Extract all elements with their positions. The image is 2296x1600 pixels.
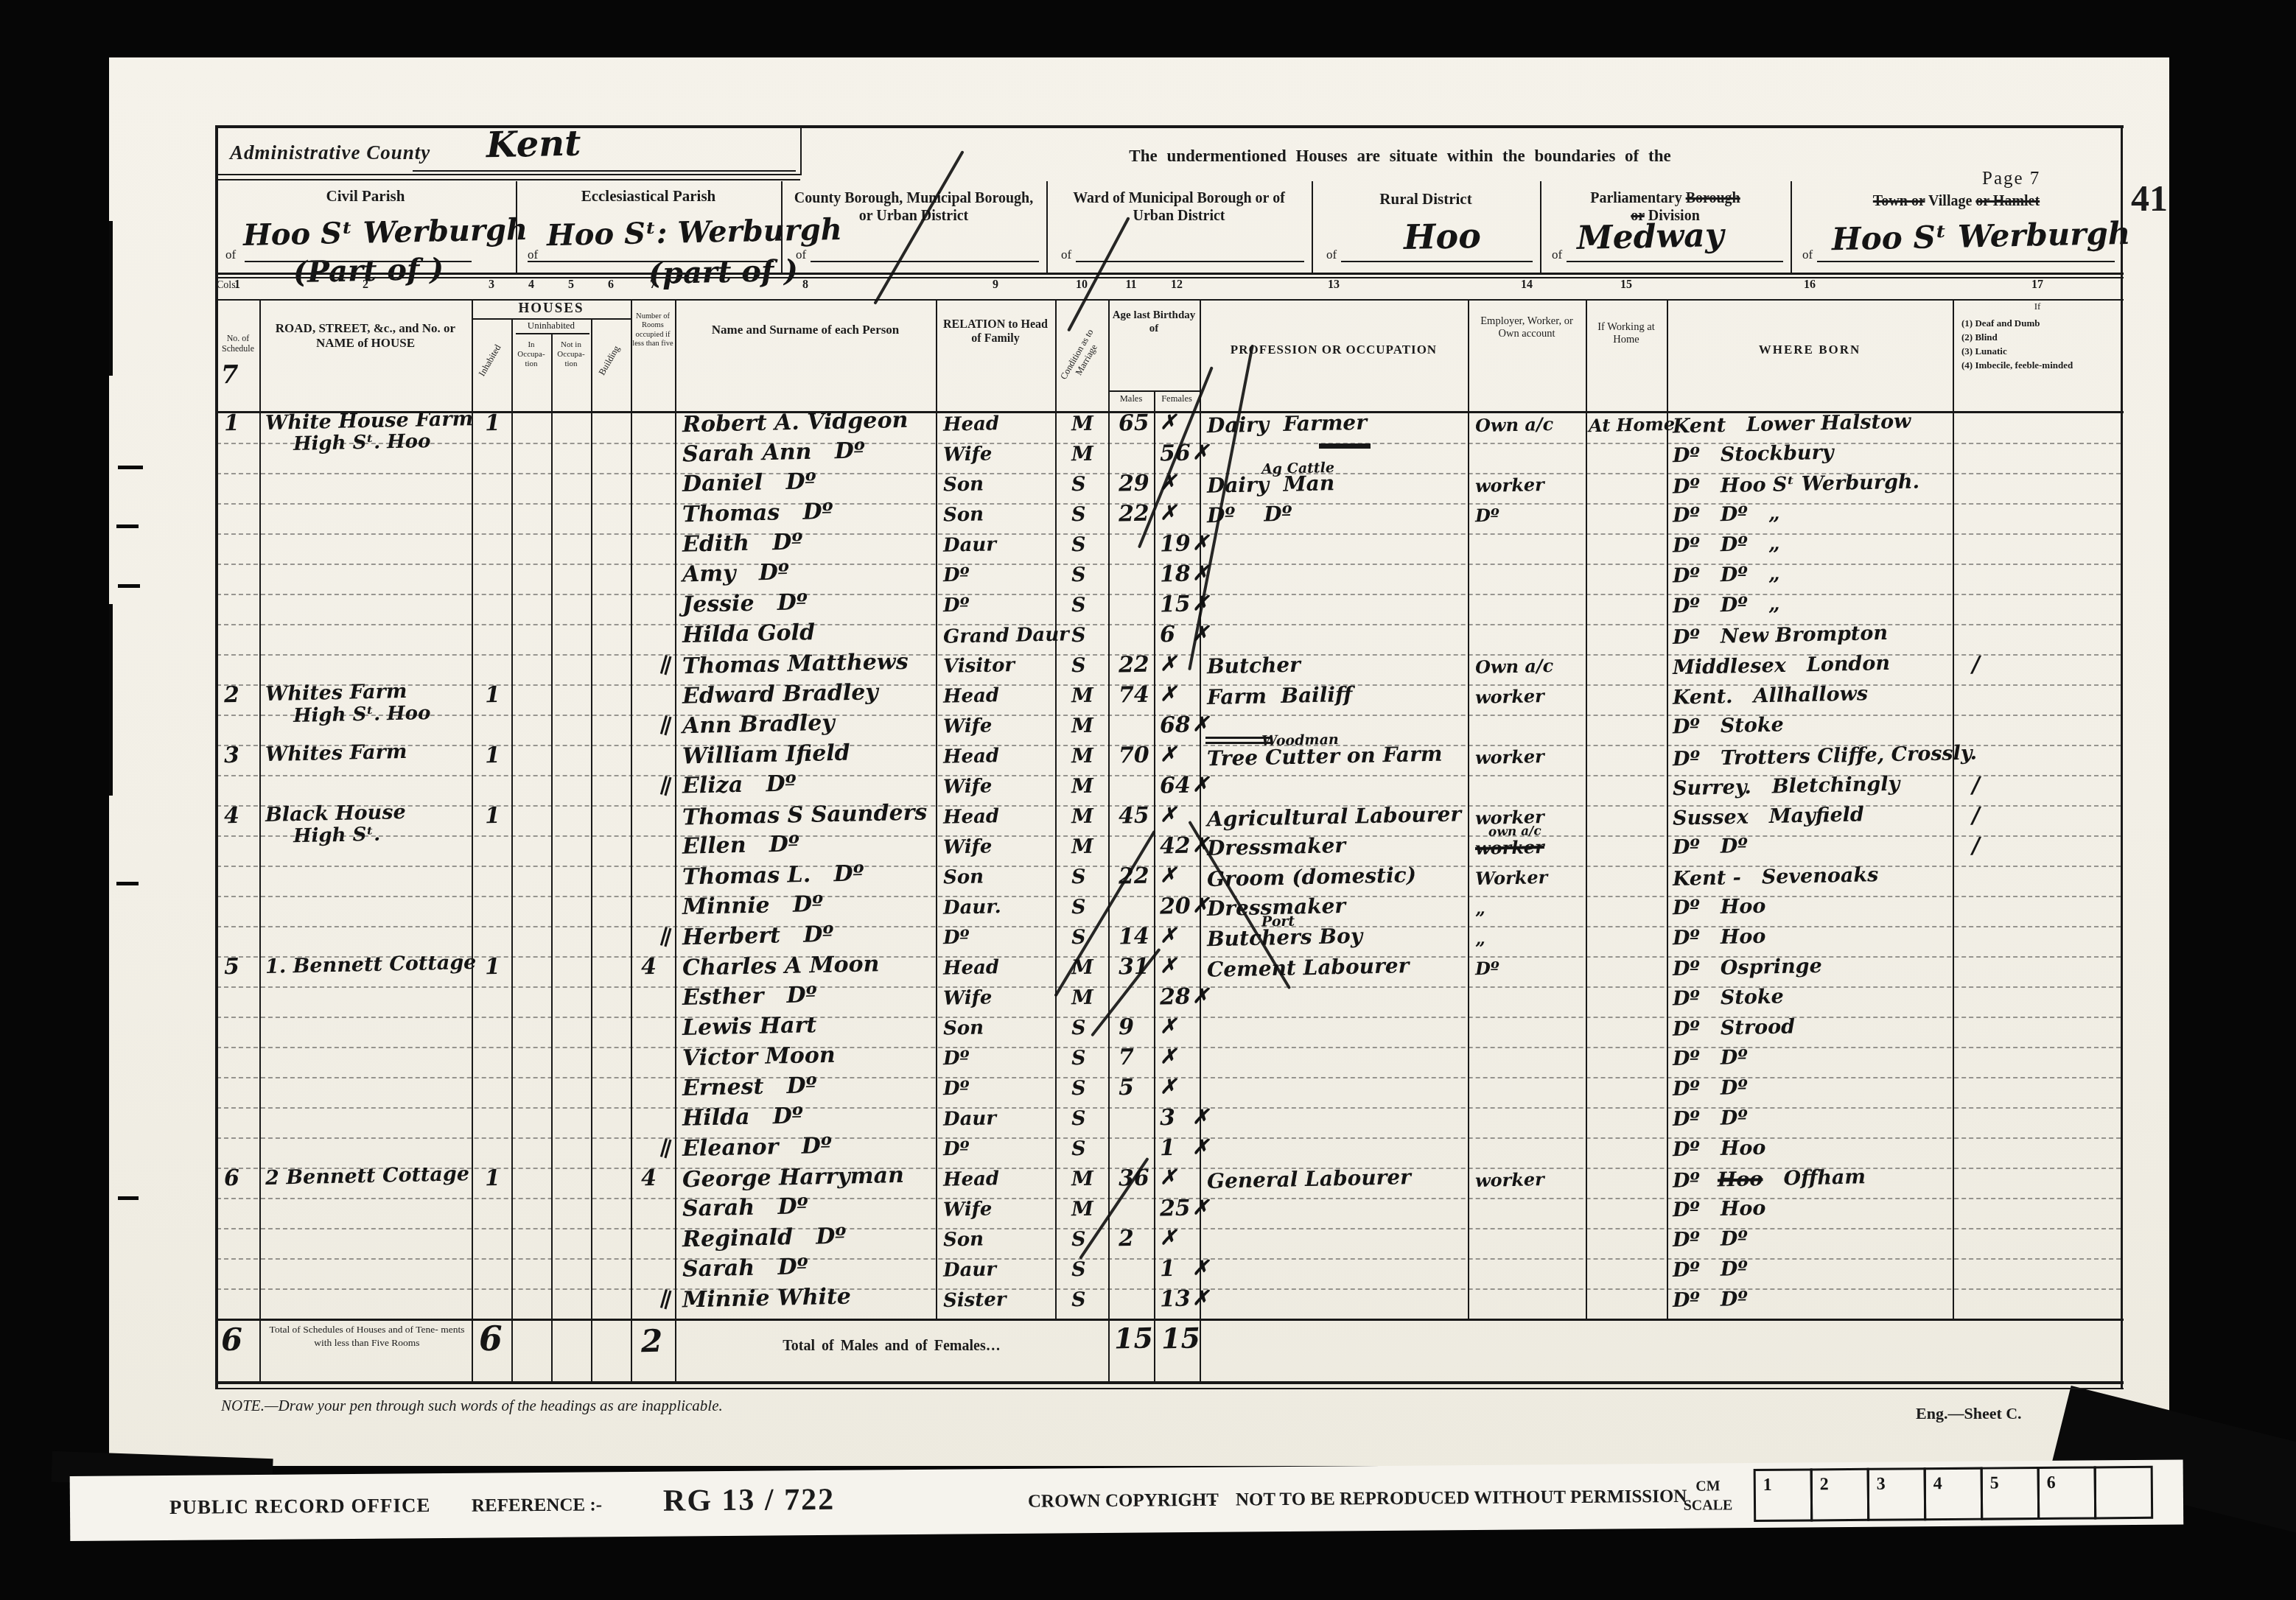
rule-line [413,170,796,172]
column-number: 9 [979,278,1012,292]
birthplace: DºTrotters Cliffe, Crossly. [1673,743,1977,770]
scale-tick-number: 1 [1763,1475,1810,1495]
rule-line [511,1319,513,1381]
person-name: Hilda Gold [682,622,816,647]
birthplace: DºHoo [1673,897,1766,919]
birthplace: DºStockbury [1673,443,1834,466]
rule-line [675,301,676,1319]
person-name: Eliza Dº [682,773,797,797]
column-number: 8 [789,278,822,292]
relation-to-head: Head [943,686,1000,706]
scale-tick-number: 6 [2047,1473,2094,1493]
age-female: 42 [1160,835,1191,858]
age-male: 5 [1119,1077,1134,1099]
person-name: Daniel Dº [682,471,816,496]
rule-line [675,1319,676,1381]
person-name: Thomas Dº [682,501,833,526]
rule-line [1567,261,1783,262]
age-tick: ✗ [1192,1288,1209,1308]
scale-box: 6 [2037,1466,2097,1520]
birthplace: DºStrood [1673,1017,1796,1039]
occupation: Groom (domestic) [1207,865,1416,890]
scale-box [2094,1466,2154,1520]
rule-line [1791,181,1792,273]
occupation: Farm Bailiff [1207,684,1353,708]
rule-line [215,174,800,175]
employer-status: worker [1475,1171,1544,1190]
age-tick: ✗ [1160,1168,1177,1187]
marital-condition: M [1071,1199,1093,1220]
marital-condition: M [1071,746,1093,767]
birthplace: DºDº [1673,1259,1748,1280]
relation-to-head: Daur. [943,897,1001,918]
address-line: 1. Bennett Cottage [265,952,477,977]
rule-line [1953,301,1954,1319]
schedule-number: 3 [224,745,239,767]
person-name: Amy Dº [682,561,789,586]
separator-dash: - [1211,1490,1217,1512]
rule-line [1319,443,1371,449]
relation-to-head: Visitor [943,656,1015,676]
age-tick: ✗ [1192,1258,1209,1278]
marital-condition: M [1071,444,1093,465]
occupation: Dressmaker [1207,835,1346,859]
rule-line [259,301,261,1319]
age-tick: ✗ [1192,715,1209,734]
relation-to-head: Wife [943,837,993,857]
person-name: Ellen Dº [682,833,799,857]
rooms-count: 4 [641,1168,657,1190]
birthplace: KentLower Halstow [1673,412,1911,437]
scale-box: 1 [1754,1468,1813,1522]
scale-box: 3 [1867,1467,1927,1521]
age-male: 74 [1119,684,1149,707]
column-number: 16 [1793,278,1826,292]
person-name: Ernest Dº [682,1075,817,1100]
infirmity-tick: / [1972,835,1981,857]
reference-value: RG 13 / 722 [663,1482,836,1520]
person-name: William Ifield [682,743,850,768]
birthplace: DºDº [1673,1108,1748,1129]
inhabited-mark: 1 [485,956,500,978]
birthplace: DºHoo [1673,927,1766,949]
marital-condition: S [1071,505,1086,524]
person-name: Sarah Dº [682,1256,808,1281]
age-male: 14 [1119,926,1149,949]
age-tick: ✗ [1192,1198,1209,1218]
rule-line [1540,181,1541,273]
marital-condition: M [1071,716,1093,737]
relation-to-head: Head [943,807,1000,827]
address-line: Black House [265,802,406,825]
age-female: 3 [1160,1107,1175,1129]
marital-condition: S [1071,1260,1086,1280]
marital-condition: S [1071,1018,1086,1038]
birthplace: DºDº [1673,1229,1748,1250]
rule-line [215,125,2124,128]
employer-status: Own a/c [1475,657,1554,676]
inhabited-mark: 1 [485,745,500,767]
column-number: 3 [475,278,508,292]
infirmity-tick: / [1972,805,1981,827]
address-line: White House Farm [265,409,474,433]
rule-line [215,1388,2124,1389]
employer-status: Own a/c [1475,415,1554,435]
rule-line [215,273,2124,275]
marital-condition: M [1071,807,1093,827]
scale-box: 2 [1810,1468,1870,1522]
relation-to-head: Dº [943,596,970,616]
marital-condition: S [1071,1290,1086,1310]
employer-status: worker [1475,748,1544,767]
employer-status: Worker [1475,869,1548,888]
rule-line [1154,390,1155,1319]
inhabited-mark: 1 [485,805,500,827]
person-name: Minnie Dº [682,894,824,919]
birthplace: DºDº „ [1673,564,1780,586]
rule-line [936,301,937,1319]
age-tick: ✗ [1160,866,1177,885]
relation-to-head: Head [943,958,1000,978]
inhabited-mark: 1 [485,684,500,706]
relation-to-head: Daur [943,1260,997,1280]
marital-condition: M [1071,776,1093,797]
marital-condition: S [1071,656,1086,676]
address-line: Whites Farm [265,681,407,704]
working-at-home: At Home [1589,415,1675,435]
birthplace: DºHoo [1673,1138,1766,1160]
marital-condition: S [1071,1139,1086,1159]
age-female: 28 [1160,986,1191,1009]
marital-condition: M [1071,686,1093,706]
age-male: 70 [1119,745,1149,768]
age-tick: ✗ [1160,654,1177,674]
rule-line [1312,181,1313,273]
age-female: 6 [1160,624,1175,646]
rule-line [1205,737,1272,739]
rule-line [516,333,589,334]
infirmity-tick: / [1972,775,1981,797]
birthplace: DºDº [1673,1048,1748,1069]
reproduction-notice: NOT TO BE REPRODUCED WITHOUT PERMISSION [1236,1486,1687,1511]
birthplace: DºDº „ [1673,503,1780,525]
marital-condition: S [1071,595,1086,615]
relation-to-head: Dº [943,1140,970,1159]
rule-line [259,1319,261,1381]
rule-line [245,261,472,262]
marital-condition: S [1071,474,1086,494]
marital-condition: M [1071,414,1093,435]
marital-condition: M [1071,988,1093,1008]
age-tick: ✗ [1192,775,1209,795]
age-male: 29 [1119,473,1149,496]
rule-line [1341,261,1533,262]
marital-condition: S [1071,565,1086,585]
age-male: 2 [1119,1228,1134,1250]
address-line: 2 Bennett Cottage [265,1164,469,1188]
rule-line [215,299,2124,301]
person-name: Sarah Dº [682,1196,808,1221]
schedule-number: 2 [224,684,239,706]
occupation: Butchers Boy [1207,926,1363,950]
person-name: Herbert Dº [682,924,834,949]
scale-box: 5 [1981,1467,2040,1520]
rule-line [215,1381,2124,1384]
marital-condition: S [1071,867,1086,887]
age-female: 1 [1160,1137,1175,1159]
census-scan-page: { "stamp": {"page_label": "Page 7", "num… [0,0,2296,1600]
age-female: 68 [1160,715,1191,737]
cm-scale-ruler: 123456 [1754,1459,2182,1528]
rule-line [811,261,1039,262]
column-number: 4 [515,278,547,292]
rule-line [1200,1319,1201,1381]
column-number: 17 [2021,278,2054,292]
person-name: Lewis Hart [682,1014,817,1039]
rule-line [551,333,553,1319]
scale-tick-number: 4 [1933,1474,1981,1495]
marital-condition: S [1071,535,1086,555]
employer-status: „ [1475,930,1485,947]
person-name: Charles A Moon [682,953,880,980]
column-number: 14 [1511,278,1543,292]
cm-scale-label: CM SCALE [1675,1476,1741,1515]
person-name: Thomas Matthews [682,651,909,678]
relation-to-head: Dº [943,566,970,586]
age-tick: ✗ [1160,956,1177,976]
age-male: 22 [1119,654,1149,677]
person-name: Edith Dº [682,531,803,555]
marital-condition: M [1071,837,1093,857]
birthplace: DºDº [1673,836,1748,857]
relation-to-head: Son [943,1018,984,1038]
person-name: Thomas L. Dº [682,863,864,888]
rule-line [472,301,473,1319]
rule-line [528,261,774,262]
rule-line [1586,301,1587,1319]
person-name: Esther Dº [682,984,817,1009]
household-end-mark: ∥ [657,775,673,798]
crown-copyright-label: CROWN COPYRIGHT [1028,1490,1219,1513]
age-tick: ✗ [1160,1017,1177,1036]
age-female: 25 [1160,1198,1191,1221]
person-name: Edward Bradley [682,681,878,708]
rule-line [2121,125,2123,1389]
age-tick: ✗ [1192,986,1209,1006]
column-number: 6 [595,278,627,292]
rule-line [800,127,802,175]
marital-condition: M [1071,1169,1093,1190]
relation-to-head: Dº [943,928,970,948]
person-name: Robert A. Vidgeon [682,410,909,436]
marital-condition: S [1071,1109,1086,1129]
age-tick: ✗ [1160,1077,1177,1097]
relation-to-head: Daur [943,1109,997,1129]
birthplace: SussexMayfield [1673,804,1864,828]
relation-to-head: Son [943,474,984,494]
rule-line [1205,742,1272,744]
column-number: 7 [637,278,669,292]
rule-line [631,1319,632,1381]
birthplace: DºDº [1673,1078,1748,1099]
age-tick: ✗ [1160,926,1177,946]
relation-to-head: Wife [943,716,993,736]
relation-to-head: Wife [943,988,993,1008]
age-tick: ✗ [1192,1107,1209,1127]
inhabited-mark: 1 [485,413,500,435]
relation-to-head: Head [943,746,1000,767]
age-female: 20 [1160,896,1191,919]
age-tick: ✗ [1160,1047,1177,1067]
form-grid: 12345678910111213141516171White House Fa… [0,0,2296,1600]
rule-line [1667,301,1668,1319]
scale-tick-number: 5 [1990,1473,2037,1494]
address-line: High Sᵗ. [293,825,381,846]
rule-line [1817,261,2115,262]
schedule-number: 6 [224,1168,239,1190]
age-male: 9 [1119,1017,1134,1039]
rule-line [215,125,218,1389]
household-end-mark: ∥ [657,1137,673,1160]
rule-line [591,1319,592,1381]
rule-line [1468,301,1469,1319]
employer-status: Dº [1475,507,1499,525]
person-name: Minnie White [682,1286,852,1312]
rooms-count: 4 [641,956,657,978]
age-female: 15 [1160,594,1191,617]
marital-condition: S [1071,1078,1086,1098]
age-tick: ✗ [1192,443,1209,463]
relation-to-head: Head [943,1169,1000,1190]
marital-condition: S [1071,625,1086,645]
rule-line [215,1319,2124,1321]
household-end-mark: ∥ [657,1288,673,1311]
column-number: 13 [1317,278,1350,292]
age-tick: ✗ [1160,503,1177,523]
rule-line [215,179,800,180]
age-tick: ✗ [1192,533,1209,553]
rule-line [472,318,631,320]
address-line: High Sᵗ. Hoo [293,703,431,726]
age-male: 65 [1119,413,1149,435]
scale-tick-number [2104,1473,2151,1473]
column-number: 1 [221,278,253,292]
household-end-mark: ∥ [657,926,673,949]
birthplace: DºHooOffham [1673,1167,1866,1190]
relation-to-head: Head [943,414,1000,435]
rule-line [631,301,632,1319]
age-tick: ✗ [1160,413,1177,432]
birthplace: MiddlesexLondon [1673,653,1890,678]
age-tick: ✗ [1160,684,1177,704]
employer-status: worker [1475,476,1544,495]
employer-status: worker [1475,838,1544,857]
age-male: 7 [1119,1047,1134,1069]
person-name: Jessie Dº [682,592,808,617]
column-number: 15 [1610,278,1642,292]
person-name: Thomas S Saunders [682,802,928,829]
relation-to-head: Sister [943,1290,1007,1310]
column-number: 5 [555,278,587,292]
schedule-number: 5 [224,956,239,978]
scale-tick-number: 3 [1877,1474,1924,1495]
scale-tick-number: 2 [1820,1475,1867,1495]
schedule-number: 4 [224,805,239,827]
employer-status: worker [1475,687,1544,706]
birthplace: DºHoo Sᵗ Werburgh. [1673,471,1919,497]
inhabited-mark: 1 [485,1168,500,1190]
occupation: Tree Cutter on Farm [1207,744,1443,770]
person-name: Ann Bradley [682,712,835,737]
person-name: George Harryman [682,1165,904,1191]
relation-to-head: Wife [943,444,993,464]
column-number: 12 [1161,278,1193,292]
age-tick: ✗ [1160,805,1177,825]
relation-to-head: Dº [943,1079,970,1099]
age-female: 18 [1160,564,1191,586]
occupation: Dairy Farmer [1207,413,1368,437]
employer-status: „ [1475,899,1485,917]
birthplace: DºDº [1673,1289,1748,1310]
relation-to-head: Son [943,867,984,887]
age-male: 22 [1119,503,1149,526]
person-name: Eleanor Dº [682,1135,832,1160]
rule-line [1055,301,1057,1319]
person-name: Victor Moon [682,1045,836,1070]
ink-stroke [873,150,964,305]
record-office-label: PUBLIC RECORD OFFICE [169,1494,431,1520]
rule-line [551,1319,553,1381]
age-tick: ✗ [1160,1228,1177,1248]
age-female: 13 [1160,1288,1191,1311]
reference-label: REFERENCE :- [472,1494,602,1517]
column-number: 2 [349,278,382,292]
household-end-mark: ∥ [657,715,673,737]
rule-line [1154,1319,1155,1381]
marital-condition: S [1071,1229,1086,1249]
infirmity-tick: / [1972,654,1981,676]
person-name: Sarah Ann Dº [682,440,865,466]
age-male: 45 [1119,805,1149,828]
schedule-number: 1 [224,413,239,435]
occupation: General Labourer [1207,1167,1411,1192]
relation-to-head: Son [943,1229,984,1249]
birthplace: DºHoo [1673,1199,1766,1221]
age-tick: ✗ [1160,745,1177,765]
birthplace: DºStoke [1673,986,1784,1008]
rule-line [1108,301,1110,1319]
rule-line [1046,181,1048,273]
address-line: High Sᵗ. Hoo [293,432,431,454]
age-tick: ✗ [1192,1137,1209,1157]
occupation: Agricultural Labourer [1207,804,1462,829]
birthplace: DºNew Brompton [1673,623,1889,648]
birthplace: Surrey.Bletchingly [1673,774,1900,799]
person-name: Hilda Dº [682,1105,803,1129]
rule-line [472,1319,473,1381]
person-name: Reginald Dº [682,1226,847,1252]
birthplace: DºStoke [1673,715,1784,737]
relation-to-head: Wife [943,1199,993,1219]
age-female: 1 [1160,1258,1175,1280]
rule-line [1108,1319,1110,1381]
birthplace: Kent -Sevenoaks [1673,865,1879,889]
marital-condition: S [1071,897,1086,917]
employer-status: Dº [1475,960,1499,978]
marital-condition: S [1071,1048,1086,1068]
birthplace: Kent.Allhallows [1673,684,1869,708]
age-female: 64 [1160,775,1191,798]
